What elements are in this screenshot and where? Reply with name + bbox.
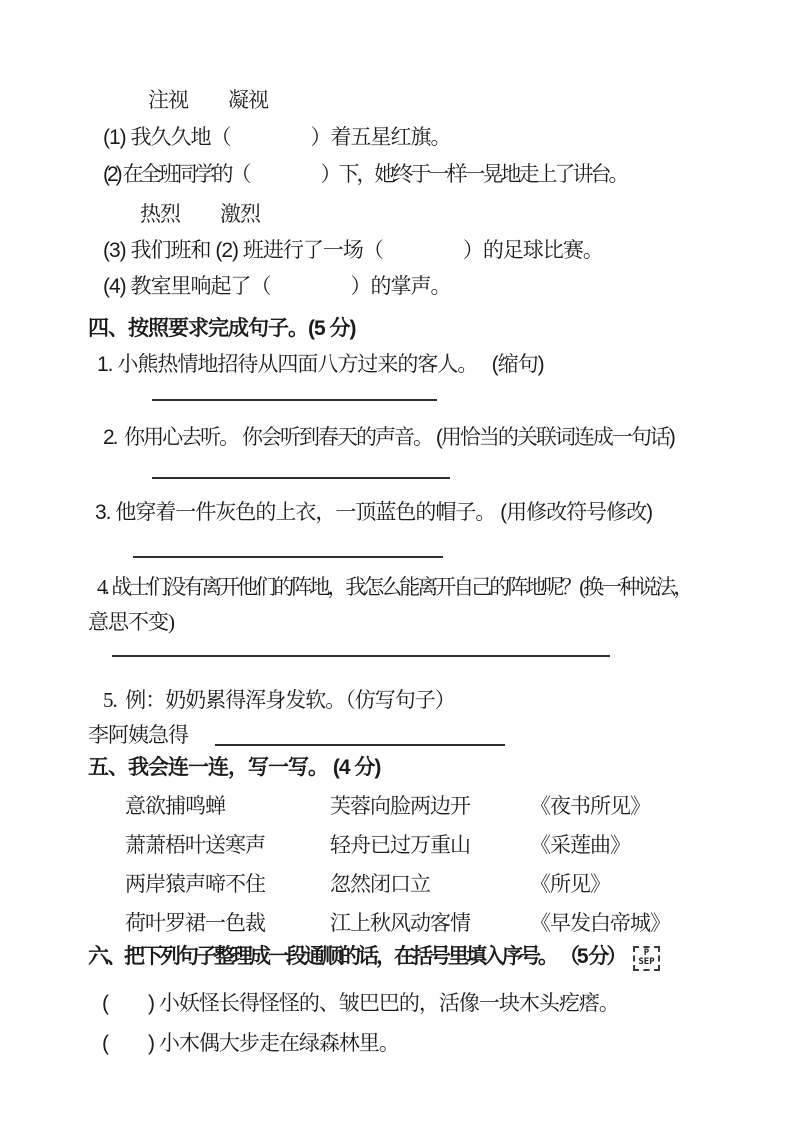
answer-line-3 (133, 556, 443, 558)
s4-question-4-line-1: 4. 战士们没有离开他们的阵地，我怎么能离开自己的阵地呢？(换一种说法， (97, 575, 691, 600)
ordering-item-1: ( ) 小妖怪长得怪怪的、皱巴巴的，活像一块木头疙瘩。 (102, 991, 619, 1016)
poem-line: 芙蓉向脸两边开 (330, 794, 470, 819)
exam-page: 注视 凝视 (1) 我久久地（ ）着五星红旗。 (2) 在全班同学的（ ）下，她… (0, 0, 793, 1122)
poem-title: 《早发白帝城》 (530, 911, 670, 936)
s4-question-2: 2. 你用心去听。 你会听到春天的声音。 (用恰当的关联词连成一句话) (103, 425, 674, 450)
word-pair-2: 热烈 激烈 (140, 202, 260, 227)
poem-title: 《所见》 (530, 872, 610, 897)
poem-line: 江上秋风动客情 (330, 911, 470, 936)
section-six-title-row: 六、把下列句子整理成一段通顺的话，在括号里填入序号。 （5 分） P SEP (88, 944, 660, 971)
s4-question-3: 3. 他穿着一件灰色的上衣，一顶蓝色的帽子。 (用修改符号修改) (95, 500, 652, 525)
s4-question-5: 5. 例：奶奶累得浑身发软。（仿写句子） (103, 688, 455, 713)
poem-line: 意欲捕鸣蝉 (125, 794, 225, 819)
ordering-item-2: ( ) 小木偶大步走在绿森林里。 (102, 1031, 399, 1056)
poem-line: 轻舟已过万重山 (330, 833, 470, 858)
answer-line-5 (215, 744, 505, 746)
fill-item-3: (3) 我们班和 (2) 班进行了一场（ ）的足球比赛。 (103, 238, 603, 263)
answer-line-2 (152, 477, 450, 479)
poem-line: 荷叶罗裙一色裁 (125, 911, 265, 936)
poem-title: 《采莲曲》 (530, 833, 630, 858)
word-pair-1: 注视 凝视 (148, 88, 268, 113)
s4-question-5-prompt: 李阿姨急得 (88, 723, 188, 748)
answer-line-4 (112, 655, 610, 657)
fill-item-1: (1) 我久久地（ ）着五星红旗。 (103, 125, 451, 150)
poem-line: 忽然闭口立 (330, 872, 430, 897)
psep-icon-line-2: SEP (638, 958, 654, 967)
s4-question-4-line-2: 意思不变) (88, 610, 174, 635)
poem-title: 《夜书所见》 (530, 794, 650, 819)
fill-item-4: (4) 教室里响起了（ ）的掌声。 (103, 274, 451, 299)
s4-question-1: 1. 小熊热情地招待从四面八方过来的客人。 (缩句) (97, 352, 544, 377)
section-five-title: 五、我会连一连，写一写。 (4 分) (88, 755, 380, 780)
poem-line: 两岸猿声啼不住 (125, 872, 265, 897)
section-four-title: 四、按照要求完成句子。(5 分) (88, 316, 356, 341)
answer-line-1 (152, 399, 437, 401)
poem-line: 萧萧梧叶送寒声 (125, 833, 265, 858)
page-separator-icon: P SEP (633, 946, 659, 971)
section-six-title: 六、把下列句子整理成一段通顺的话，在括号里填入序号。 （5 分） (88, 944, 624, 969)
fill-item-2: (2) 在全班同学的（ ）下，她终于一样一晃地走上了讲台。 (103, 162, 627, 187)
